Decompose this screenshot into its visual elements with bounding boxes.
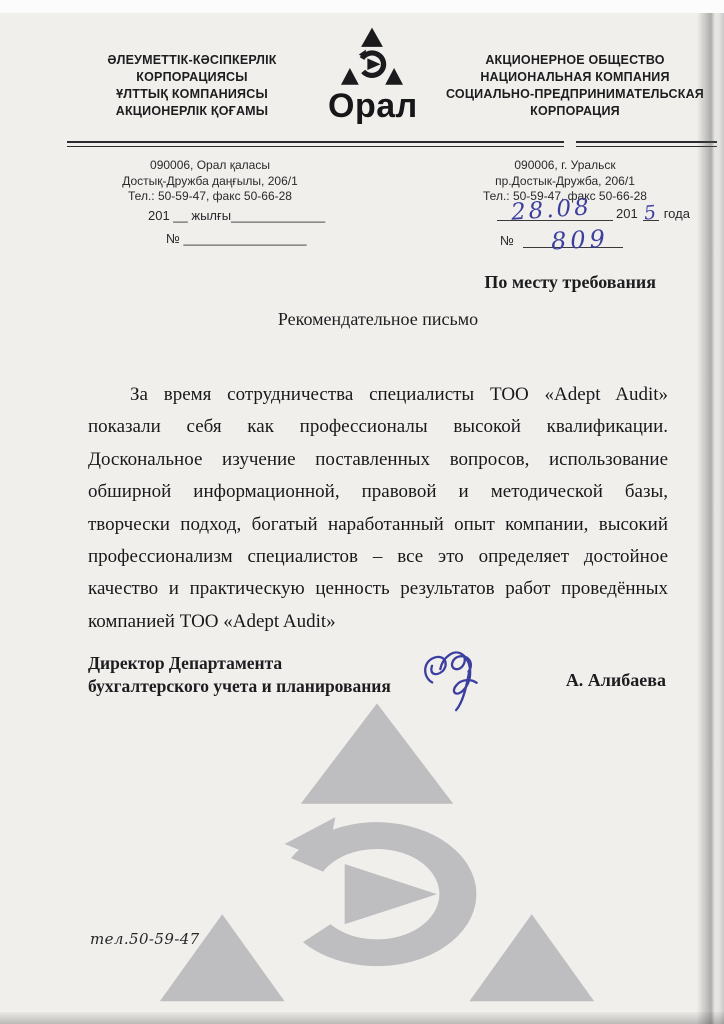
date-underline: 28.08 <box>497 202 613 221</box>
header-divider-rule <box>67 141 717 147</box>
year-suffix: года <box>661 206 693 221</box>
footer-phone: тел.50-59-47 <box>90 930 200 948</box>
handwritten-date: 28.08 <box>510 194 592 226</box>
org-name-russian-line: НАЦИОНАЛЬНАЯ КОМПАНИЯ <box>428 69 722 86</box>
scan-edge-top <box>0 0 724 13</box>
document-title: Рекомендательное письмо <box>88 309 668 330</box>
ref-date-line-kazakh: 201 __ жылғы_____________ <box>148 204 325 227</box>
org-name-kazakh-line: АКЦИОНЕРЛІК ҚОҒАМЫ <box>66 103 318 120</box>
handwritten-year-digit: 5 <box>643 201 657 224</box>
org-name-kazakh-line: ӘЛЕУМЕТТІК-КӘСІПКЕРЛІК <box>66 52 318 69</box>
address-line: 090006, г. Уральск <box>442 158 688 174</box>
year-digit-underline: 5 <box>643 202 659 221</box>
ref-block-kazakh: 201 __ жылғы_____________ № ____________… <box>148 204 325 250</box>
logo-wordmark: Орал <box>328 87 416 126</box>
org-name-kazakh-line: ҰЛТТЫҚ КОМПАНИЯСЫ <box>66 86 318 103</box>
triangle-circular-arrow-logo-icon <box>339 27 405 86</box>
address-line: 090006, Орал қаласы <box>92 158 328 174</box>
number-label: № <box>497 233 517 248</box>
org-name-kazakh: ӘЛЕУМЕТТІК-КӘСІПКЕРЛІК КОРПОРАЦИЯСЫ ҰЛТТ… <box>66 52 318 120</box>
oral-logo-watermark-icon <box>146 700 608 1008</box>
year-prefix: 201 <box>613 206 641 221</box>
ref-number-line-kazakh: № _________________ <box>148 227 325 250</box>
org-name-russian: АКЦИОНЕРНОЕ ОБЩЕСТВО НАЦИОНАЛЬНАЯ КОМПАН… <box>428 52 722 120</box>
address-line: Тел.: 50-59-47, факс 50-66-28 <box>92 189 328 205</box>
signature-block: Директор Департамента бухгалтерского уче… <box>88 652 668 698</box>
address-line: Достық-Дружба даңғылы, 206/1 <box>92 174 328 190</box>
org-name-russian-line: СОЦИАЛЬНО-ПРЕДПРИНИМАТЕЛЬСКАЯ <box>428 86 722 103</box>
scan-edge-right <box>697 13 724 1024</box>
scanned-letter-page: ӘЛЕУМЕТТІК-КӘСІПКЕРЛІК КОРПОРАЦИЯСЫ ҰЛТТ… <box>0 0 724 1024</box>
handwritten-number: 809 <box>550 225 609 256</box>
org-name-russian-line: АКЦИОНЕРНОЕ ОБЩЕСТВО <box>428 52 722 69</box>
recipient-line: По месту требования <box>484 272 656 293</box>
address-block-kazakh: 090006, Орал қаласы Достық-Дружба даңғыл… <box>92 158 328 205</box>
scan-edge-bottom <box>0 1012 724 1024</box>
ref-block-russian: 28.08 201 5 года № 809 <box>497 199 693 248</box>
org-name-kazakh-line: КОРПОРАЦИЯСЫ <box>66 69 318 86</box>
number-underline: 809 <box>523 229 623 248</box>
org-name-russian-line: КОРПОРАЦИЯ <box>428 103 722 120</box>
company-logo: Орал <box>328 27 416 126</box>
signer-name: А. Алибаева <box>566 670 666 691</box>
address-line: пр.Достык-Дружба, 206/1 <box>442 174 688 190</box>
letter-body: За время сотрудничества специалисты ТОО … <box>88 379 668 638</box>
